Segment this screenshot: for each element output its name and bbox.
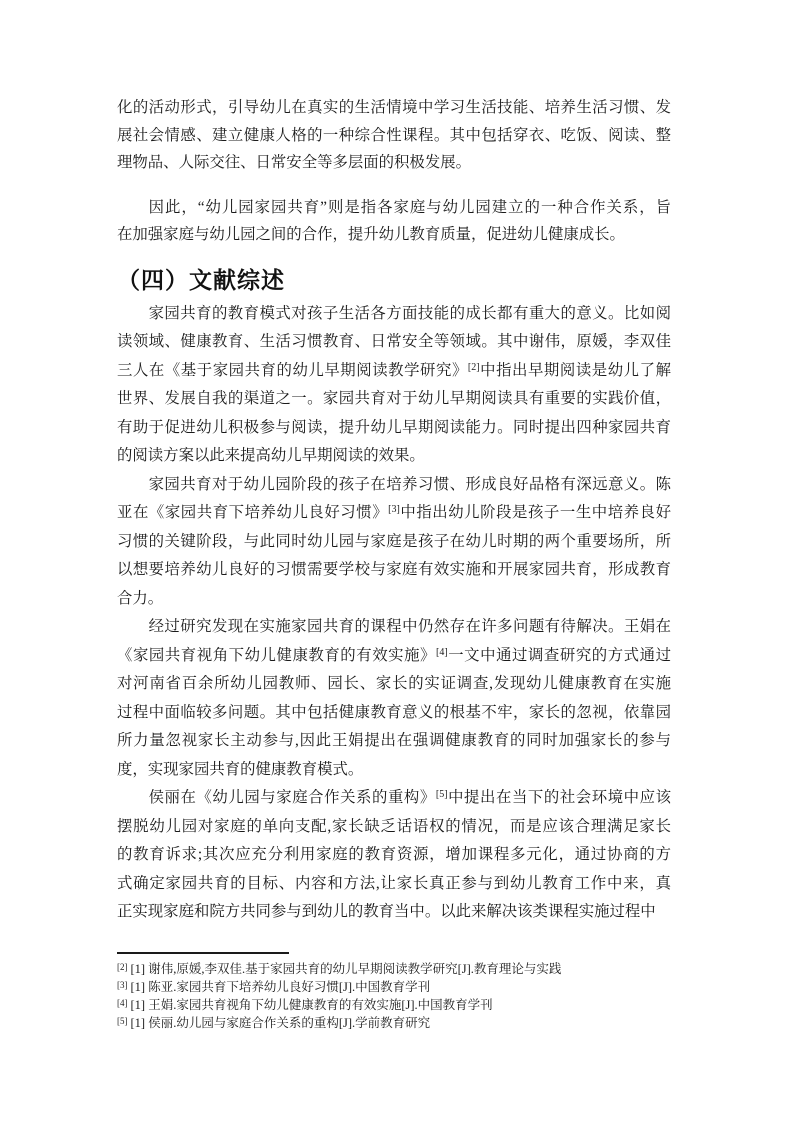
text-line: 亚在《家园共育下培养幼儿良好习惯》[3]中指出幼儿阶段是孩子一生中培养良好 — [117, 499, 671, 528]
text-line: 对河南省百余所幼儿园教师、园长、家长的实证调查,发现幼儿健康教育在实施 — [117, 670, 671, 699]
footnote-reference: [2] — [468, 362, 480, 373]
footnote-marker: [5] — [117, 1016, 128, 1026]
document-page: 化的活动形式，引导幼儿在真实的生活情境中学习生活技能、培养生活习惯、发展社会情感… — [0, 0, 793, 1122]
text-line: 家园共育对于幼儿园阶段的孩子在培养习惯、形成良好品格有深远意义。陈 — [117, 471, 671, 500]
text-run: 中指出早期阅读是幼儿了解 — [480, 362, 671, 379]
footnote-reference: [4] — [436, 647, 448, 658]
footnote-reference: [3] — [388, 504, 400, 515]
footnotes-section: [2][1] 谢伟,原媛,李双佳.基于家园共育的幼儿早期阅读教学研究[J].教育… — [117, 952, 717, 1033]
text-line: 理物品、人际交往、日常安全等多层面的积极发展。 — [117, 149, 671, 177]
text-line: 合力。 — [117, 585, 671, 614]
text-run: 亚在《家园共育下培养幼儿良好习惯》 — [117, 504, 388, 521]
text-line: 《家园共育视角下幼儿健康教育的有效实施》[4]一文中通过调查研究的方式通过 — [117, 642, 671, 671]
paragraph: 经过研究发现在实施家园共育的课程中仍然存在许多问题有待解决。王娟在《家园共育视角… — [117, 613, 671, 784]
footnote-marker: [4] — [117, 998, 128, 1008]
text-line: 三人在《基于家园共育的幼儿早期阅读教学研究》[2]中指出早期阅读是幼儿了解 — [117, 357, 671, 386]
text-line: 经过研究发现在实施家园共育的课程中仍然存在许多问题有待解决。王娟在 — [117, 613, 671, 642]
text-run: 《家园共育视角下幼儿健康教育的有效实施》 — [117, 647, 436, 664]
footnote-marker: [2] — [117, 962, 128, 972]
text-line: 化的活动形式，引导幼儿在真实的生活情境中学习生活技能、培养生活习惯、发 — [117, 94, 671, 122]
paragraph: 因此，“幼儿园家园共育”则是指各家庭与幼儿园建立的一种合作关系，旨在加强家庭与幼… — [117, 194, 671, 249]
text-line: 有助于促进幼儿积极参与阅读，提升幼儿早期阅读能力。同时提出四种家园共育 — [117, 414, 671, 443]
document-body: 化的活动形式，引导幼儿在真实的生活情境中学习生活技能、培养生活习惯、发展社会情感… — [117, 94, 671, 927]
footnote-text: [1] 谢伟,原媛,李双佳.基于家园共育的幼儿早期阅读教学研究[J].教育理论与… — [131, 962, 562, 976]
text-line: 以想要培养幼儿良好的习惯需要学校与家庭有效实施和开展家园共育，形成教育 — [117, 556, 671, 585]
footnote-marker: [3] — [117, 980, 128, 990]
text-line: 读领域、健康教育、生活习惯教育、日常安全等领域。其中谢伟，原媛，李双佳 — [117, 328, 671, 357]
text-line: 在加强家庭与幼儿园之间的合作，提升幼儿教育质量，促进幼儿健康成长。 — [117, 221, 671, 249]
paragraph: 家园共育的教育模式对孩子生活各方面技能的成长都有重大的意义。比如阅读领域、健康教… — [117, 300, 671, 471]
paragraph: 家园共育对于幼儿园阶段的孩子在培养习惯、形成良好品格有深远意义。陈亚在《家园共育… — [117, 471, 671, 614]
footnote-list: [2][1] 谢伟,原媛,李双佳.基于家园共育的幼儿早期阅读教学研究[J].教育… — [117, 961, 717, 1033]
text-line: 习惯的关键阶段，与此同时幼儿园与家庭是孩子在幼儿时期的两个重要场所，所 — [117, 528, 671, 557]
text-run: 中指出幼儿阶段是孩子一生中培养良好 — [400, 504, 671, 521]
text-line: 家园共育的教育模式对孩子生活各方面技能的成长都有重大的意义。比如阅 — [117, 300, 671, 329]
text-line: 所力量忽视家长主动参与,因此王娟提出在强调健康教育的同时加强家长的参与 — [117, 727, 671, 756]
text-line: 展社会情感、建立健康人格的一种综合性课程。其中包括穿衣、吃饭、阅读、整 — [117, 122, 671, 150]
text-line: 侯丽在《幼儿园与家庭合作关系的重构》[5]中提出在当下的社会环境中应该 — [117, 784, 671, 813]
text-line: 摆脱幼儿园对家庭的单向支配,家长缺乏话语权的情况，而是应该合理满足家长 — [117, 813, 671, 842]
footnote-reference: [5] — [436, 789, 448, 800]
text-run: 中提出在当下的社会环境中应该 — [448, 789, 671, 806]
text-line: 式确定家园共育的目标、内容和方法,让家长真正参与到幼儿教育工作中来，真 — [117, 870, 671, 899]
text-line: 因此，“幼儿园家园共育”则是指各家庭与幼儿园建立的一种合作关系，旨 — [117, 194, 671, 222]
footnote-separator — [117, 952, 289, 954]
footnote-item: [5][1] 侯丽.幼儿园与家庭合作关系的重构[J].学前教育研究 — [117, 1015, 717, 1033]
text-line: 世界、发展自我的渠道之一。家园共育对于幼儿早期阅读具有重要的实践价值， — [117, 385, 671, 414]
footnote-item: [4][1] 王娟.家园共育视角下幼儿健康教育的有效实施[J].中国教育学刊 — [117, 997, 717, 1015]
text-line: 的阅读方案以此来提高幼儿早期阅读的效果。 — [117, 442, 671, 471]
footnote-item: [3][1] 陈亚.家园共育下培养幼儿良好习惯[J].中国教育学刊 — [117, 979, 717, 997]
text-run: 三人在《基于家园共育的幼儿早期阅读教学研究》 — [117, 362, 468, 379]
footnote-text: [1] 陈亚.家园共育下培养幼儿良好习惯[J].中国教育学刊 — [131, 980, 431, 994]
paragraph: 化的活动形式，引导幼儿在真实的生活情境中学习生活技能、培养生活习惯、发展社会情感… — [117, 94, 671, 177]
text-run: 侯丽在《幼儿园与家庭合作关系的重构》 — [149, 789, 436, 806]
paragraph: 侯丽在《幼儿园与家庭合作关系的重构》[5]中提出在当下的社会环境中应该摆脱幼儿园… — [117, 784, 671, 927]
text-line: 度，实现家园共育的健康教育模式。 — [117, 756, 671, 785]
text-line: 正实现家庭和院方共同参与到幼儿的教育当中。以此来解决该类课程实施过程中 — [117, 898, 671, 927]
footnote-item: [2][1] 谢伟,原媛,李双佳.基于家园共育的幼儿早期阅读教学研究[J].教育… — [117, 961, 717, 979]
section-heading: （四）文献综述 — [117, 264, 671, 296]
footnote-text: [1] 侯丽.幼儿园与家庭合作关系的重构[J].学前教育研究 — [131, 1016, 431, 1030]
text-line: 的教育诉求;其次应充分利用家庭的教育资源，增加课程多元化，通过协商的方 — [117, 841, 671, 870]
footnote-text: [1] 王娟.家园共育视角下幼儿健康教育的有效实施[J].中国教育学刊 — [131, 998, 493, 1012]
text-line: 过程中面临较多问题。其中包括健康教育意义的根基不牢，家长的忽视，依靠园 — [117, 699, 671, 728]
text-run: 一文中通过调查研究的方式通过 — [448, 647, 671, 664]
